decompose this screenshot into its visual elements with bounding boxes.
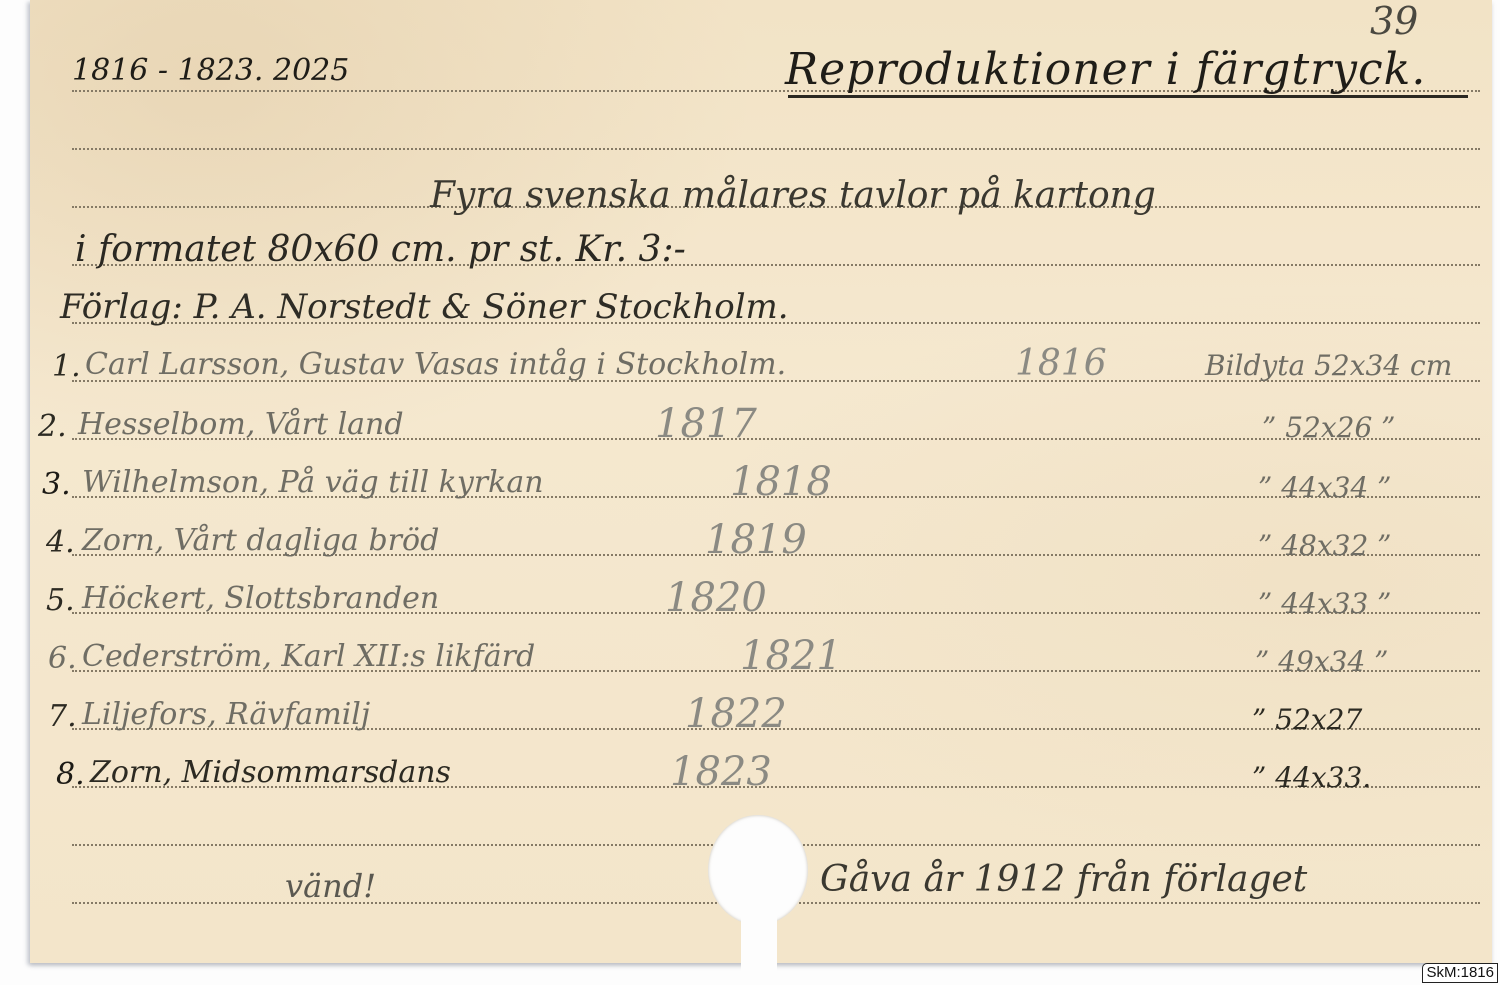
item-artist-work: Liljefors, Rävfamilj [82, 700, 370, 730]
item-artist-work: Höckert, Slottsbranden [82, 584, 439, 614]
publisher-line: Förlag: P. A. Norstedt & Söner Stockholm… [60, 290, 789, 324]
item-id: 1820 [665, 578, 767, 618]
item-size: Bildyta 52x34 cm [1205, 352, 1452, 380]
card-title: Reproduktioner i färgtryck. [785, 48, 1426, 92]
item-artist-work: Zorn, Vårt dagliga bröd [82, 526, 439, 556]
item-artist-work: Wilhelmson, På väg till kyrkan [82, 468, 544, 498]
item-number: 6. [48, 644, 77, 674]
accession-label: SkM:1816 [1422, 963, 1498, 984]
card-number: 39 [1370, 2, 1418, 40]
item-number: 5. [46, 586, 75, 616]
keyhole-slot [741, 900, 777, 985]
item-id: 1817 [655, 404, 757, 444]
item-size: ” 44x33. [1252, 764, 1371, 792]
item-number: 8. [56, 760, 85, 790]
ruled-line [72, 148, 1480, 150]
title-underline [788, 95, 1468, 98]
turn-over-note: vänd! [285, 870, 376, 902]
item-id: 1818 [730, 462, 832, 502]
item-artist-work: Cederström, Karl XII:s likfärd [82, 642, 535, 672]
item-id: 1816 [1015, 346, 1107, 382]
item-number: 1. [52, 352, 81, 382]
item-size: ” 52x27 [1252, 706, 1362, 734]
item-id: 1823 [670, 752, 772, 792]
item-number: 4. [46, 528, 75, 558]
item-number: 3. [42, 470, 71, 500]
item-artist-work: Carl Larsson, Gustav Vasas intåg i Stock… [85, 350, 786, 380]
item-id: 1821 [740, 636, 842, 676]
item-number: 7. [48, 702, 77, 732]
item-size: ” 52x26 ” [1262, 414, 1395, 442]
item-artist-work: Hesselbom, Vårt land [78, 410, 404, 440]
gift-note: Gåva år 1912 från förlaget [820, 862, 1307, 898]
item-size: ” 49x34 ” [1255, 648, 1388, 676]
description-line-2: i formatet 80x60 cm. pr st. Kr. 3:- [75, 232, 686, 268]
item-artist-work: Zorn, Midsommarsdans [90, 758, 451, 788]
item-id: 1822 [685, 694, 787, 734]
item-size: ” 48x32 ” [1258, 532, 1391, 560]
header-range: 1816 - 1823. 2025 [72, 56, 349, 86]
item-size: ” 44x33 ” [1258, 590, 1391, 618]
item-size: ” 44x34 ” [1258, 474, 1391, 502]
description-line-1: Fyra svenska målares tavlor på kartong [430, 178, 1156, 214]
item-number: 2. [38, 412, 67, 442]
item-id: 1819 [705, 520, 807, 560]
